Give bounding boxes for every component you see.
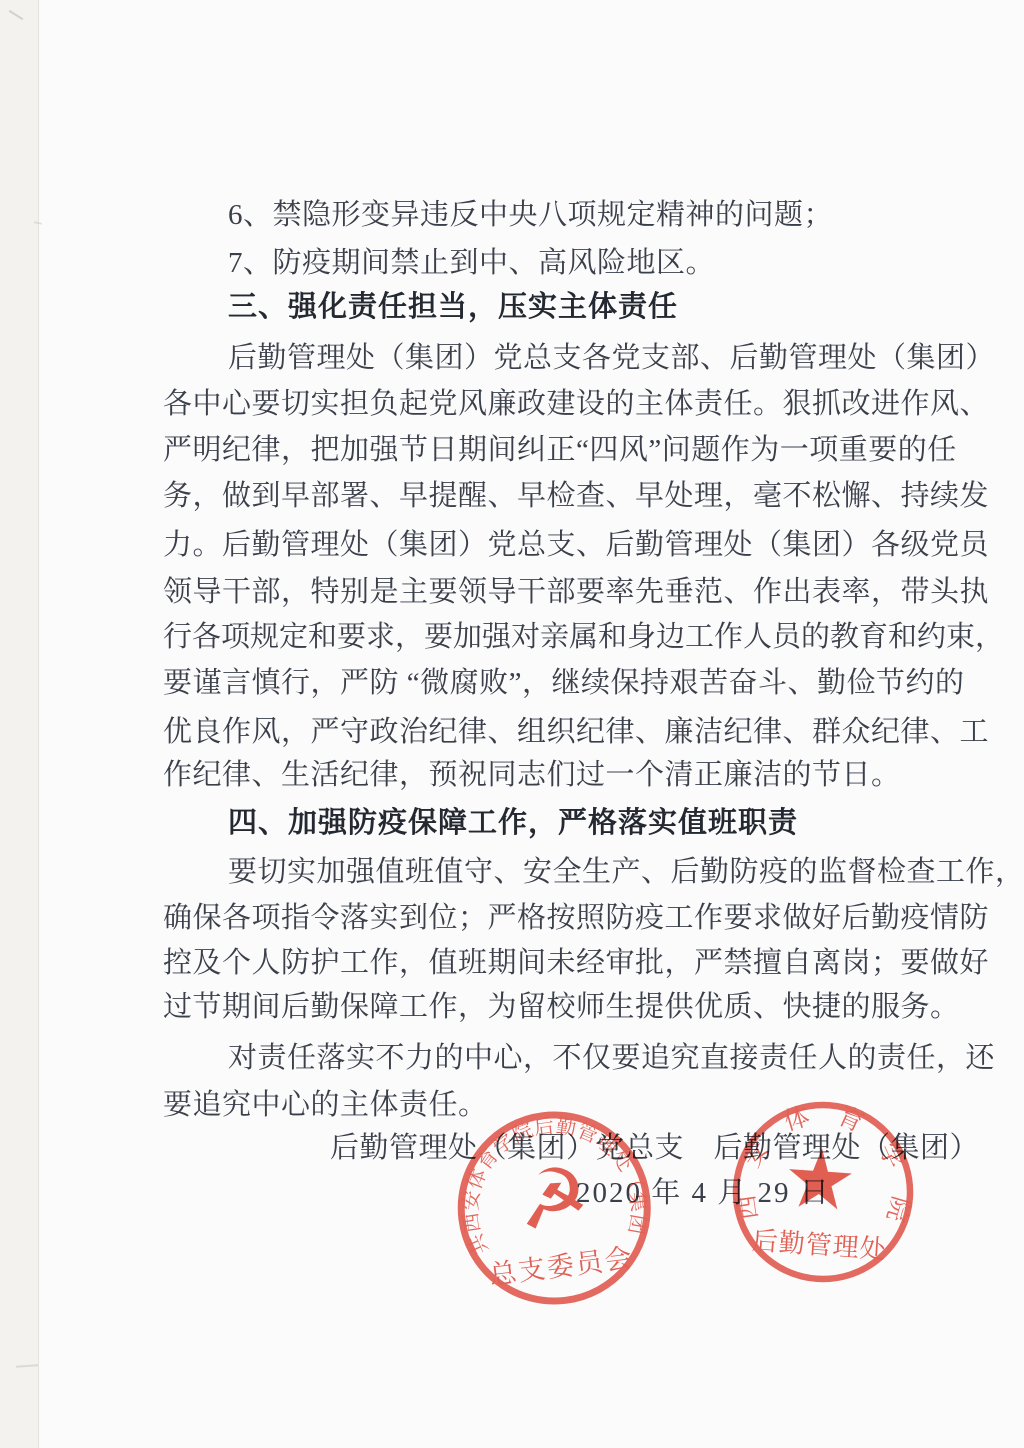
body-line: 力。后勤管理处（集团）党总支、后勤管理处（集团）各级党员 [163,522,989,568]
body-line: 领导干部，特别是主要领导干部要率先垂范、作出表率，带头执 [163,569,989,615]
body-line: 要谨言慎行，严防 “微腐败”，继续保持艰苦奋斗、勤俭节约的 [163,660,965,706]
body-line: 后勤管理处（集团）党总支各党支部、后勤管理处（集团） [228,335,995,381]
body-line: 要追究中心的主体责任。 [163,1082,488,1128]
body-line: 行各项规定和要求，要加强对亲属和身边工作人员的教育和约束， [163,614,1004,660]
body-line: 优良作风，严守政治纪律、组织纪律、廉洁纪律、群众纪律、工 [163,709,989,755]
body-line: 作纪律、生活纪律，预祝同志们过一个清正廉洁的节日。 [163,752,901,798]
party-branch-seal: 中共西安体育学院后勤管理处（集团） ☭ 总支委员会 [448,1100,660,1312]
hammer-and-sickle-icon: ☭ [512,1152,594,1248]
star-icon: ★ [780,1132,860,1228]
list-item-6: 6、禁隐形变异违反中央八项规定精神的问题； [228,192,833,238]
logistics-office-seal: 西 安 体 育 学 院 ★ 后勤管理处 [723,1092,923,1292]
list-item-7: 7、防疫期间禁止到中、高风险地区。 [228,240,715,286]
body-line: 务，做到早部署、早提醒、早检查、早处理，毫不松懈、持续发 [163,473,989,519]
body-line: 确保各项指令落实到位；严格按照防疫工作要求做好后勤疫情防 [163,895,989,941]
body-line: 严明纪律，把加强节日期间纠正“四风”问题作为一项重要的任 [163,427,957,473]
body-line: 对责任落实不力的中心，不仅要追究直接责任人的责任，还 [228,1035,995,1081]
body-line: 过节期间后勤保障工作，为留校师生提供优质、快捷的服务。 [163,984,960,1030]
body-line: 要切实加强值班值守、安全生产、后勤防疫的监督检查工作， [228,849,1024,895]
body-line: 控及个人防护工作，值班期间未经审批，严禁擅自离岗；要做好 [163,940,989,986]
scan-left-edge [0,0,39,1448]
section-heading-3: 三、强化责任担当，压实主体责任 [228,284,678,330]
section-heading-4: 四、加强防疫保障工作，严格落实值班职责 [228,800,798,846]
body-line: 各中心要切实担负起党风廉政建设的主体责任。狠抓改进作风、 [163,381,989,427]
